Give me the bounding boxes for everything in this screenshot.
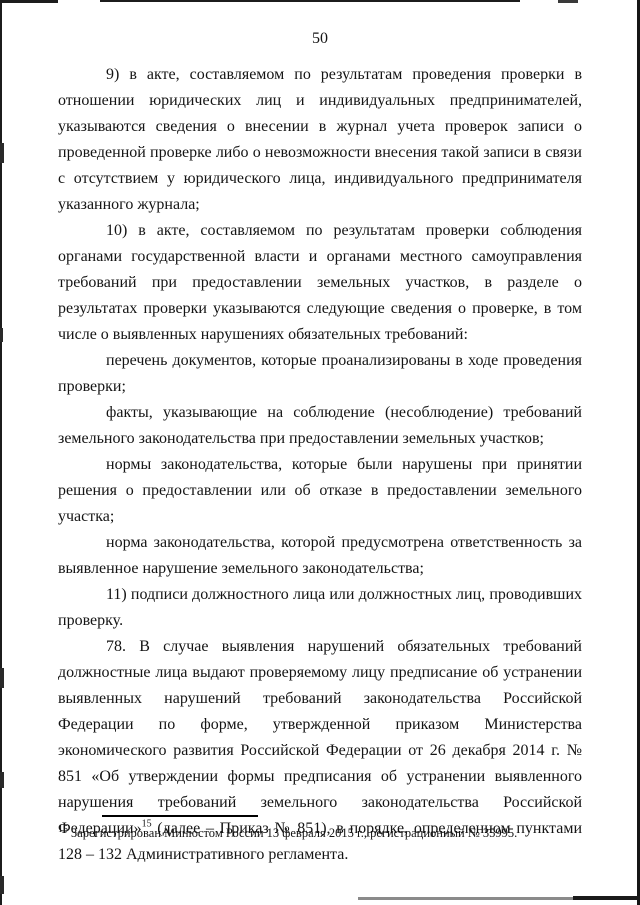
scan-artifact-left-border — [0, 0, 2, 905]
scan-artifact-bottom-bar — [358, 897, 573, 900]
scan-artifact-top-line — [100, 0, 520, 2]
footnote-separator — [102, 815, 258, 817]
paragraph: 11) подписи должностного лица или должно… — [58, 582, 582, 634]
paragraph: 10) в акте, составляемом по результатам … — [58, 218, 582, 348]
footnote-section: 15Зарегистрирован Минюстом России 13 фев… — [58, 815, 582, 841]
scan-artifact-left-tick — [0, 143, 4, 163]
paragraph: норма законодательства, которой предусмо… — [58, 530, 582, 582]
paragraph: 9) в акте, составляемом по результатам п… — [58, 62, 582, 218]
document-page: 50 9) в акте, составляемом по результата… — [0, 0, 640, 905]
paragraph: перечень документов, которые проанализир… — [58, 348, 582, 400]
scan-artifact-bottom-bar — [573, 896, 640, 900]
scan-artifact-top-mark — [558, 0, 578, 3]
scan-artifact-left-tick — [0, 668, 4, 688]
paragraph: факты, указывающие на соблюдение (несобл… — [58, 400, 582, 452]
paragraph: нормы законодательства, которые были нар… — [58, 452, 582, 530]
scan-artifact-left-tick — [0, 876, 4, 894]
footnote-text: 15Зарегистрирован Минюстом России 13 фев… — [58, 825, 582, 841]
scan-artifact-left-tick — [0, 772, 4, 788]
scan-artifact-top-line — [0, 0, 58, 3]
footnote-marker: 15 — [58, 824, 68, 835]
footnote-body: Зарегистрирован Минюстом России 13 февра… — [71, 826, 517, 840]
scan-artifact-left-tick — [0, 328, 3, 342]
body-text: 9) в акте, составляемом по результатам п… — [58, 62, 582, 868]
page-number: 50 — [0, 30, 640, 48]
